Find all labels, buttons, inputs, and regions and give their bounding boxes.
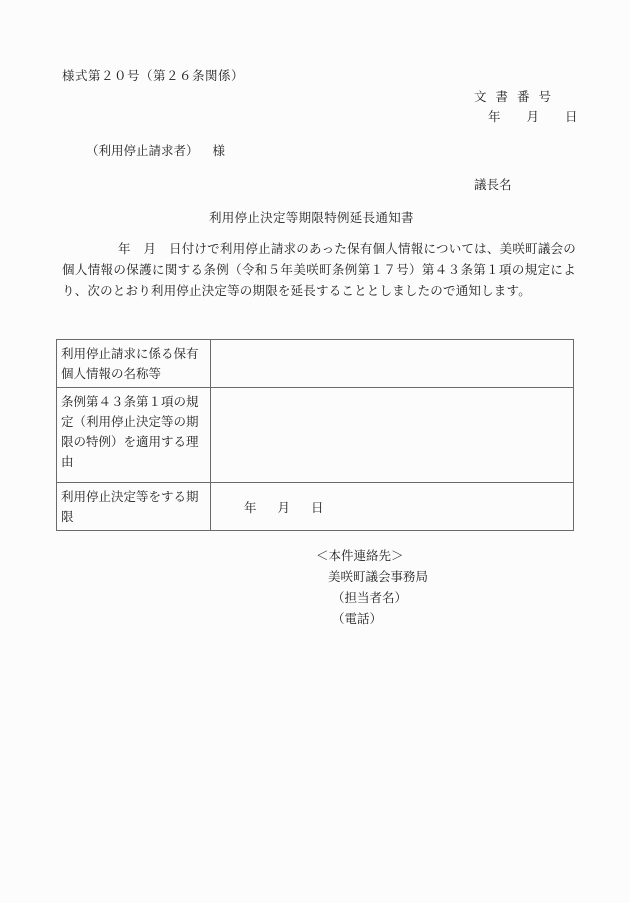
sender-name: 議長名: [474, 175, 512, 193]
document-date: 年月日: [488, 107, 578, 125]
table-label-reason: 条例第４３条第１項の規定（利用停止決定等の期限の特例）を適用する理由: [57, 388, 211, 483]
table-value-reason: [211, 388, 574, 483]
contact-person: （担当者名）: [332, 587, 428, 608]
form-number: 様式第２０号（第２６条関係）: [62, 66, 244, 84]
date-year: 年: [488, 107, 501, 125]
contact-heading: ＜本件連絡先＞: [316, 545, 428, 566]
table-value-info-name: [211, 340, 574, 388]
table-value-deadline: 年月日: [211, 483, 574, 531]
table-label-deadline: 利用停止決定等をする期限: [57, 483, 211, 531]
document-number-label: 文書番号: [474, 87, 560, 105]
body-paragraph: 年 月 日付けで利用停止請求のあった保有個人情報については、美咲町議会の個人情報…: [62, 238, 576, 301]
info-table: 利用停止請求に係る保有個人情報の名称等 条例第４３条第１項の規定（利用停止決定等…: [56, 339, 574, 531]
deadline-year: 年: [244, 498, 257, 518]
deadline-month: 月: [278, 498, 291, 518]
contact-office: 美咲町議会事務局: [328, 566, 428, 587]
table-label-info-name: 利用停止請求に係る保有個人情報の名称等: [57, 340, 211, 388]
deadline-day: 日: [311, 498, 324, 518]
date-day: 日: [565, 107, 578, 125]
contact-phone: （電話）: [332, 608, 428, 629]
table-row: 利用停止決定等をする期限 年月日: [57, 483, 574, 531]
table-row: 利用停止請求に係る保有個人情報の名称等: [57, 340, 574, 388]
recipient-honorific: 様: [213, 143, 226, 158]
contact-block: ＜本件連絡先＞ 美咲町議会事務局 （担当者名） （電話）: [316, 545, 428, 629]
recipient: （利用停止請求者）様: [86, 141, 225, 159]
table-row: 条例第４３条第１項の規定（利用停止決定等の期限の特例）を適用する理由: [57, 388, 574, 483]
document-title: 利用停止決定等期限特例延長通知書: [209, 208, 414, 226]
body-date-prefix: 年 月 日: [118, 241, 182, 256]
date-month: 月: [527, 107, 540, 125]
recipient-name: （利用停止請求者）: [86, 143, 199, 158]
